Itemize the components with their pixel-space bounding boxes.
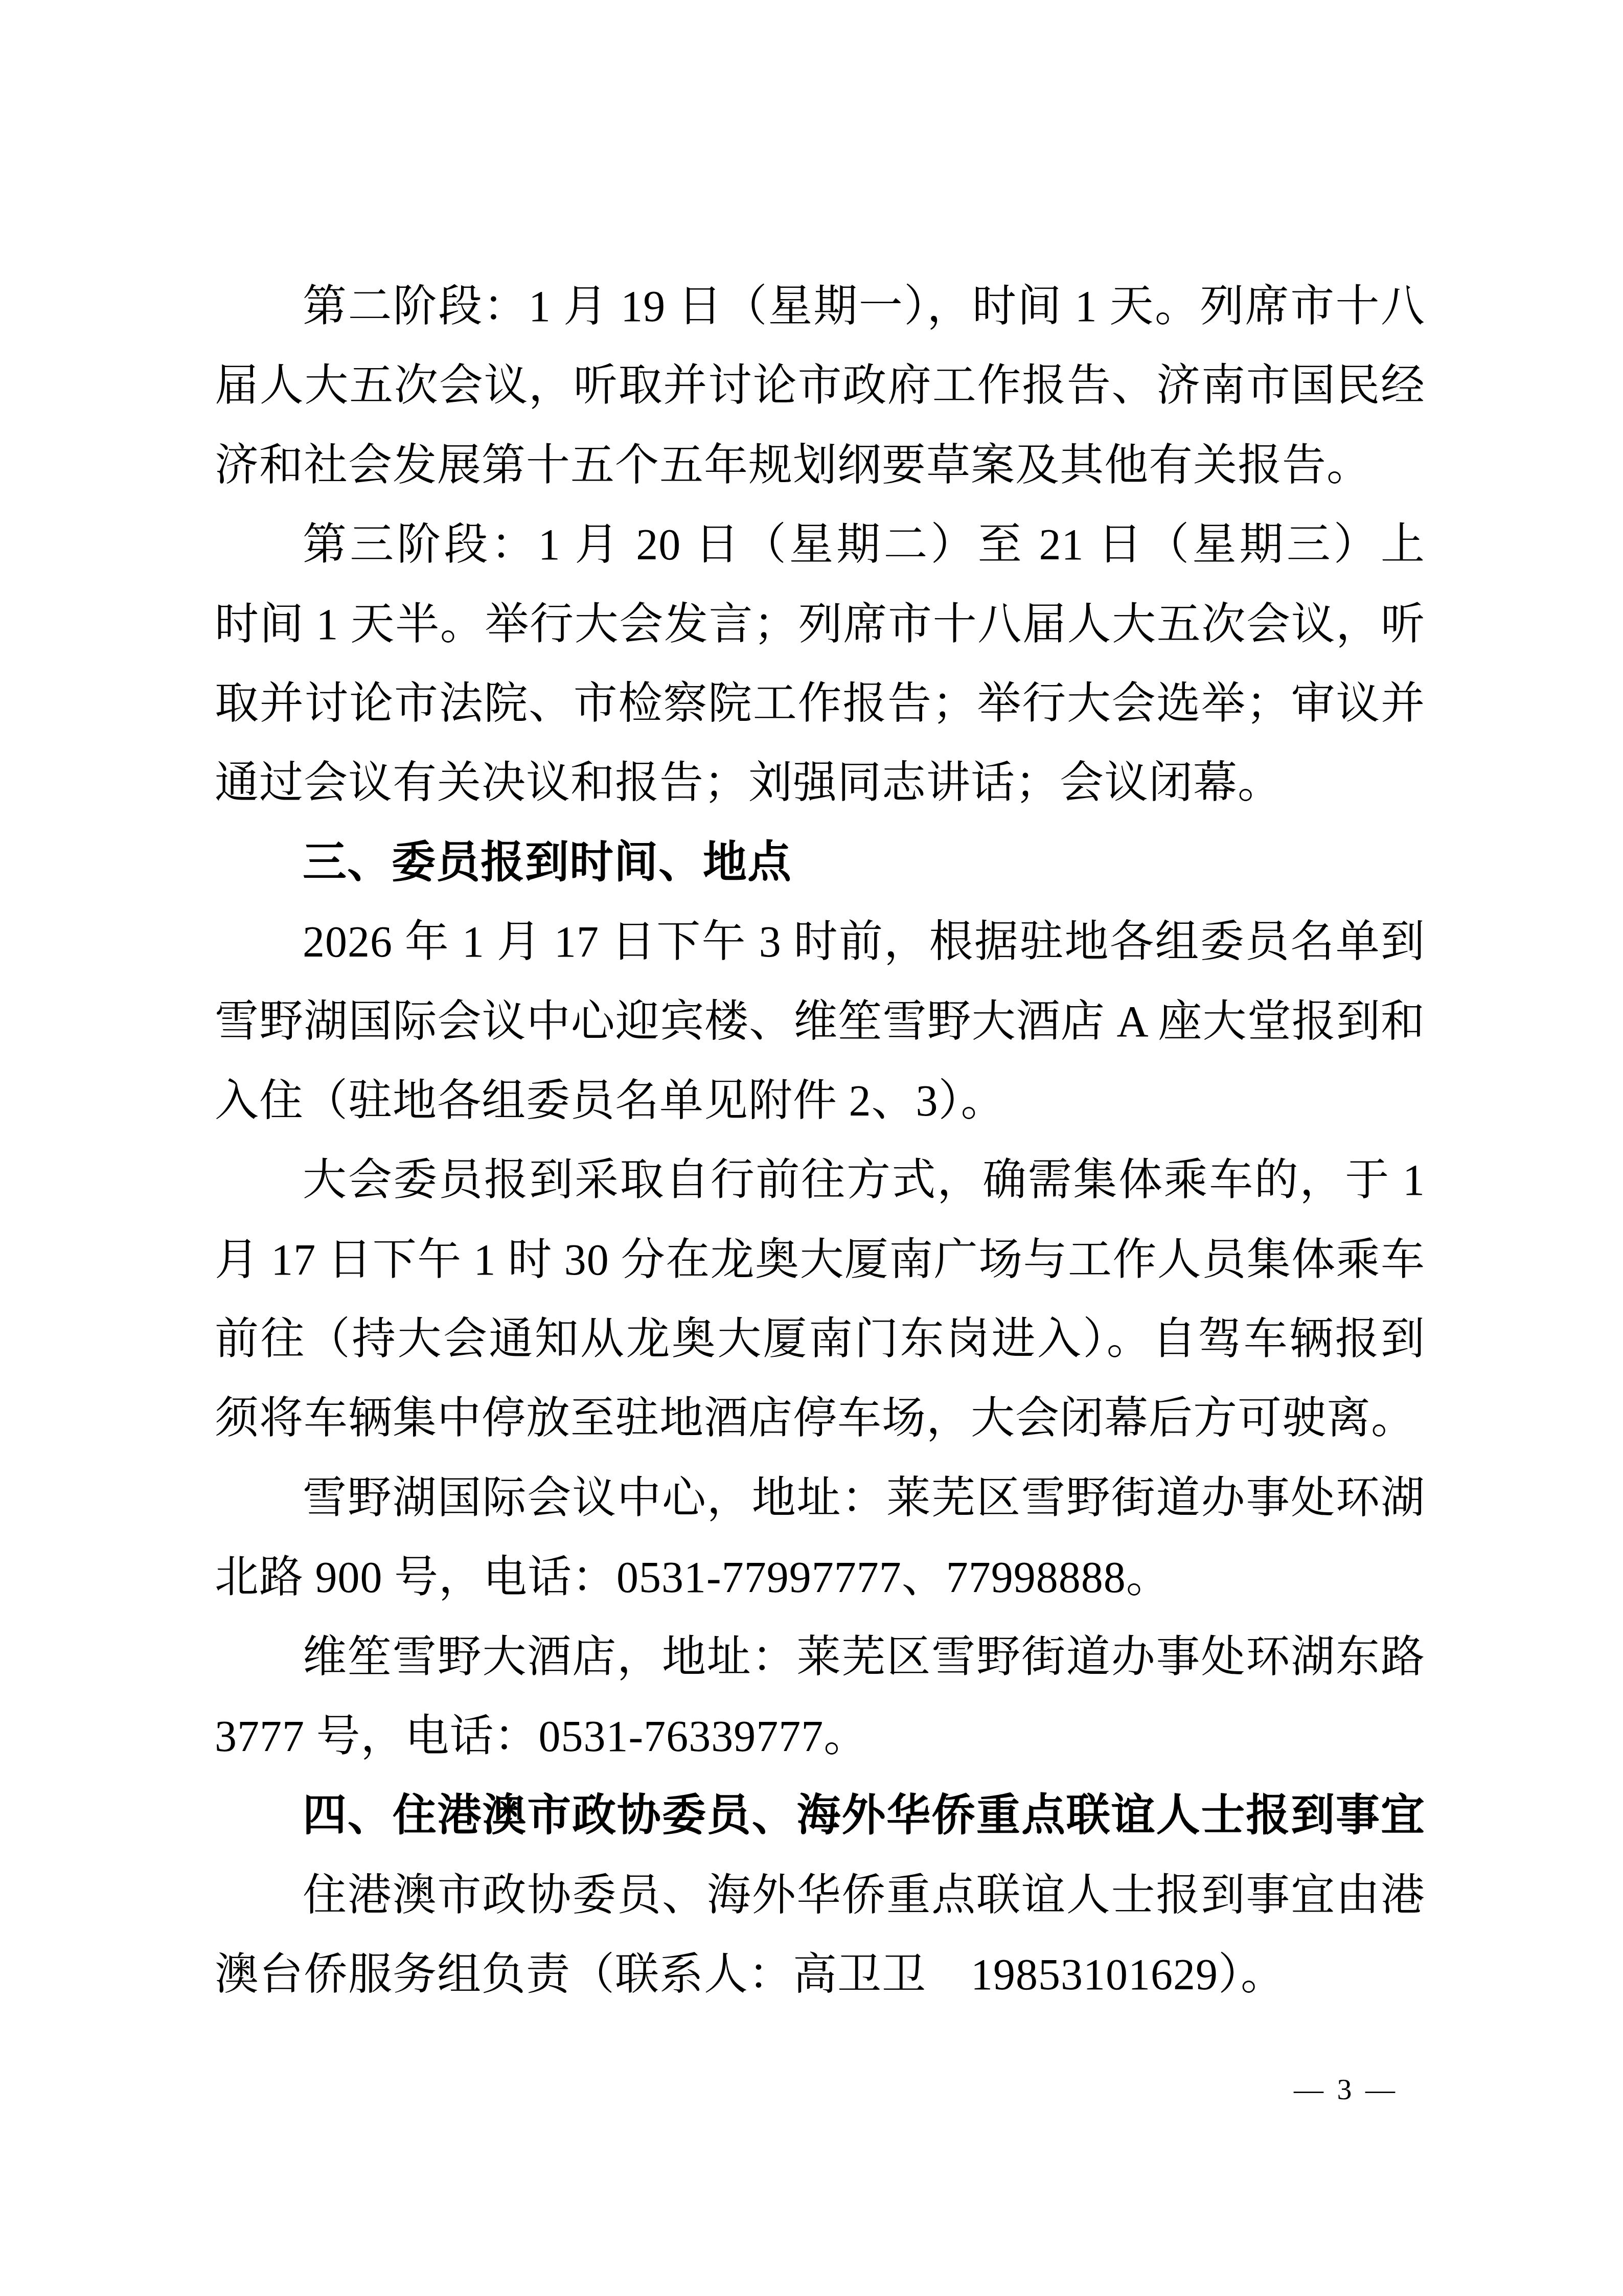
text-line: 月 17 日下午 1 时 30 分在龙奥大厦南广场与工作人员集体乘车 <box>215 1220 1425 1300</box>
page: { "page": { "background_color": "#ffffff… <box>0 0 1623 2296</box>
text-line: 澳台侨服务组负责（联系人：高卫卫 19853101629）。 <box>215 1935 1425 2014</box>
text-line: 大会委员报到采取自行前往方式，确需集体乘车的，于 1 <box>215 1141 1425 1220</box>
page-number: — 3 — <box>1294 2066 1398 2112</box>
text-line: 第二阶段：1 月 19 日（星期一），时间 1 天。列席市十八 <box>215 267 1425 346</box>
text-line: 济和社会发展第十五个五年规划纲要草案及其他有关报告。 <box>215 426 1425 505</box>
text-line: 届人大五次会议，听取并讨论市政府工作报告、济南市国民经 <box>215 346 1425 425</box>
section-heading: 四、住港澳市政协委员、海外华侨重点联谊人士报到事宜 <box>215 1776 1425 1855</box>
paragraph: 2026 年 1 月 17 日下午 3 时前，根据驻地各组委员名单到雪野湖国际会… <box>215 902 1425 1141</box>
paragraph: 维笙雪野大酒店，地址：莱芜区雪野街道办事处环湖东路3777 号，电话：0531-… <box>215 1618 1425 1777</box>
text-line: 维笙雪野大酒店，地址：莱芜区雪野街道办事处环湖东路 <box>215 1618 1425 1697</box>
paragraph: 雪野湖国际会议中心，地址：莱芜区雪野街道办事处环湖北路 900 号，电话：053… <box>215 1459 1425 1618</box>
document-page: 第二阶段：1 月 19 日（星期一），时间 1 天。列席市十八届人大五次会议，听… <box>0 0 1623 2296</box>
text-line: 雪野湖国际会议中心，地址：莱芜区雪野街道办事处环湖 <box>215 1459 1425 1538</box>
heading-line: 四、住港澳市政协委员、海外华侨重点联谊人士报到事宜 <box>215 1776 1425 1855</box>
text-line: 入住（驻地各组委员名单见附件 2、3）。 <box>215 1061 1425 1141</box>
text-line: 住港澳市政协委员、海外华侨重点联谊人士报到事宜由港 <box>215 1856 1425 1935</box>
text-line: 3777 号，电话：0531-76339777。 <box>215 1697 1425 1776</box>
text-line: 时间 1 天半。举行大会发言；列席市十八届人大五次会议，听 <box>215 585 1425 664</box>
paragraph: 大会委员报到采取自行前往方式，确需集体乘车的，于 1月 17 日下午 1 时 3… <box>215 1141 1425 1459</box>
document-body: 第二阶段：1 月 19 日（星期一），时间 1 天。列席市十八届人大五次会议，听… <box>215 267 1425 2015</box>
heading-line: 三、委员报到时间、地点 <box>215 823 1425 902</box>
text-line: 须将车辆集中停放至驻地酒店停车场，大会闭幕后方可驶离。 <box>215 1379 1425 1458</box>
text-line: 前往（持大会通知从龙奥大厦南门东岗进入）。自驾车辆报到 <box>215 1300 1425 1379</box>
section-heading: 三、委员报到时间、地点 <box>215 823 1425 902</box>
text-line: 北路 900 号，电话：0531-77997777、77998888。 <box>215 1538 1425 1617</box>
text-line: 第三阶段：1 月 20 日（星期二）至 21 日（星期三）上午， <box>215 505 1425 584</box>
paragraph: 住港澳市政协委员、海外华侨重点联谊人士报到事宜由港澳台侨服务组负责（联系人：高卫… <box>215 1856 1425 2015</box>
paragraph: 第三阶段：1 月 20 日（星期二）至 21 日（星期三）上午，时间 1 天半。… <box>215 505 1425 823</box>
text-line: 取并讨论市法院、市检察院工作报告；举行大会选举；审议并 <box>215 664 1425 743</box>
text-line: 通过会议有关决议和报告；刘强同志讲话；会议闭幕。 <box>215 743 1425 823</box>
paragraph: 第二阶段：1 月 19 日（星期一），时间 1 天。列席市十八届人大五次会议，听… <box>215 267 1425 505</box>
text-line: 2026 年 1 月 17 日下午 3 时前，根据驻地各组委员名单到 <box>215 902 1425 982</box>
text-line: 雪野湖国际会议中心迎宾楼、维笙雪野大酒店 A 座大堂报到和 <box>215 982 1425 1061</box>
